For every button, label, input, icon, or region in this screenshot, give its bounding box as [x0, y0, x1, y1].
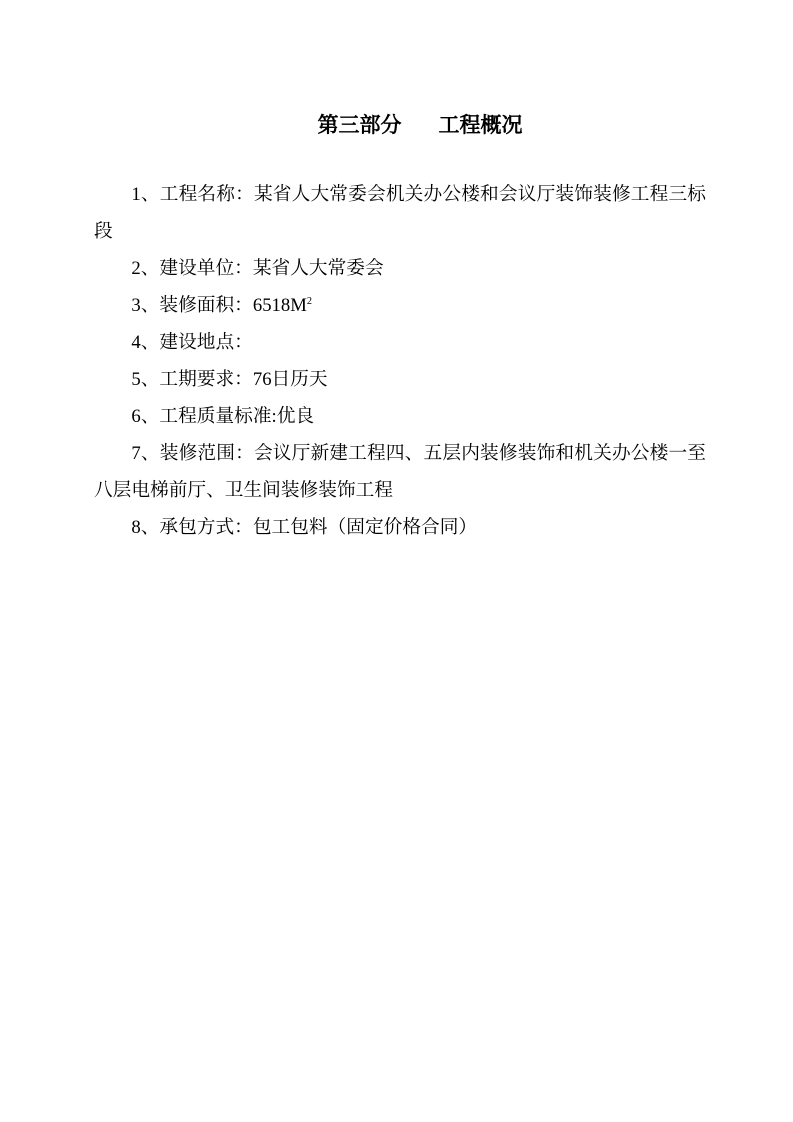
list-item-decoration-area: 3、装修面积：6518M2 [94, 287, 706, 324]
document-content: 第三部分工程概况 1、工程名称：某省人大常委会机关办公楼和会议厅装饰装修工程三标… [0, 0, 793, 546]
list-item-decoration-scope: 7、装修范围：会议厅新建工程四、五层内装修装饰和机关办公楼一至八层电梯前厅、卫生… [94, 435, 706, 509]
document-page: 第三部分工程概况 1、工程名称：某省人大常委会机关办公楼和会议厅装饰装修工程三标… [0, 0, 793, 1122]
square-meter-superscript: 2 [307, 296, 312, 307]
list-item-schedule-requirement: 5、工期要求：76日历天 [94, 361, 706, 398]
section-title: 第三部分工程概况 [114, 112, 726, 138]
decoration-area-text: 3、装修面积：6518M [131, 295, 306, 316]
project-overview-list: 1、工程名称：某省人大常委会机关办公楼和会议厅装饰装修工程三标段 2、建设单位：… [94, 176, 706, 546]
list-item-construction-site: 4、建设地点： [94, 324, 706, 361]
section-title-subject: 工程概况 [439, 113, 523, 137]
list-item-contract-mode: 8、承包方式：包工包料（固定价格合同） [94, 509, 706, 546]
list-item-project-name: 1、工程名称：某省人大常委会机关办公楼和会议厅装饰装修工程三标段 [94, 176, 706, 250]
list-item-quality-standard: 6、工程质量标准:优良 [94, 398, 706, 435]
list-item-construction-unit: 2、建设单位：某省人大常委会 [94, 250, 706, 287]
section-title-part: 第三部分 [318, 113, 402, 137]
